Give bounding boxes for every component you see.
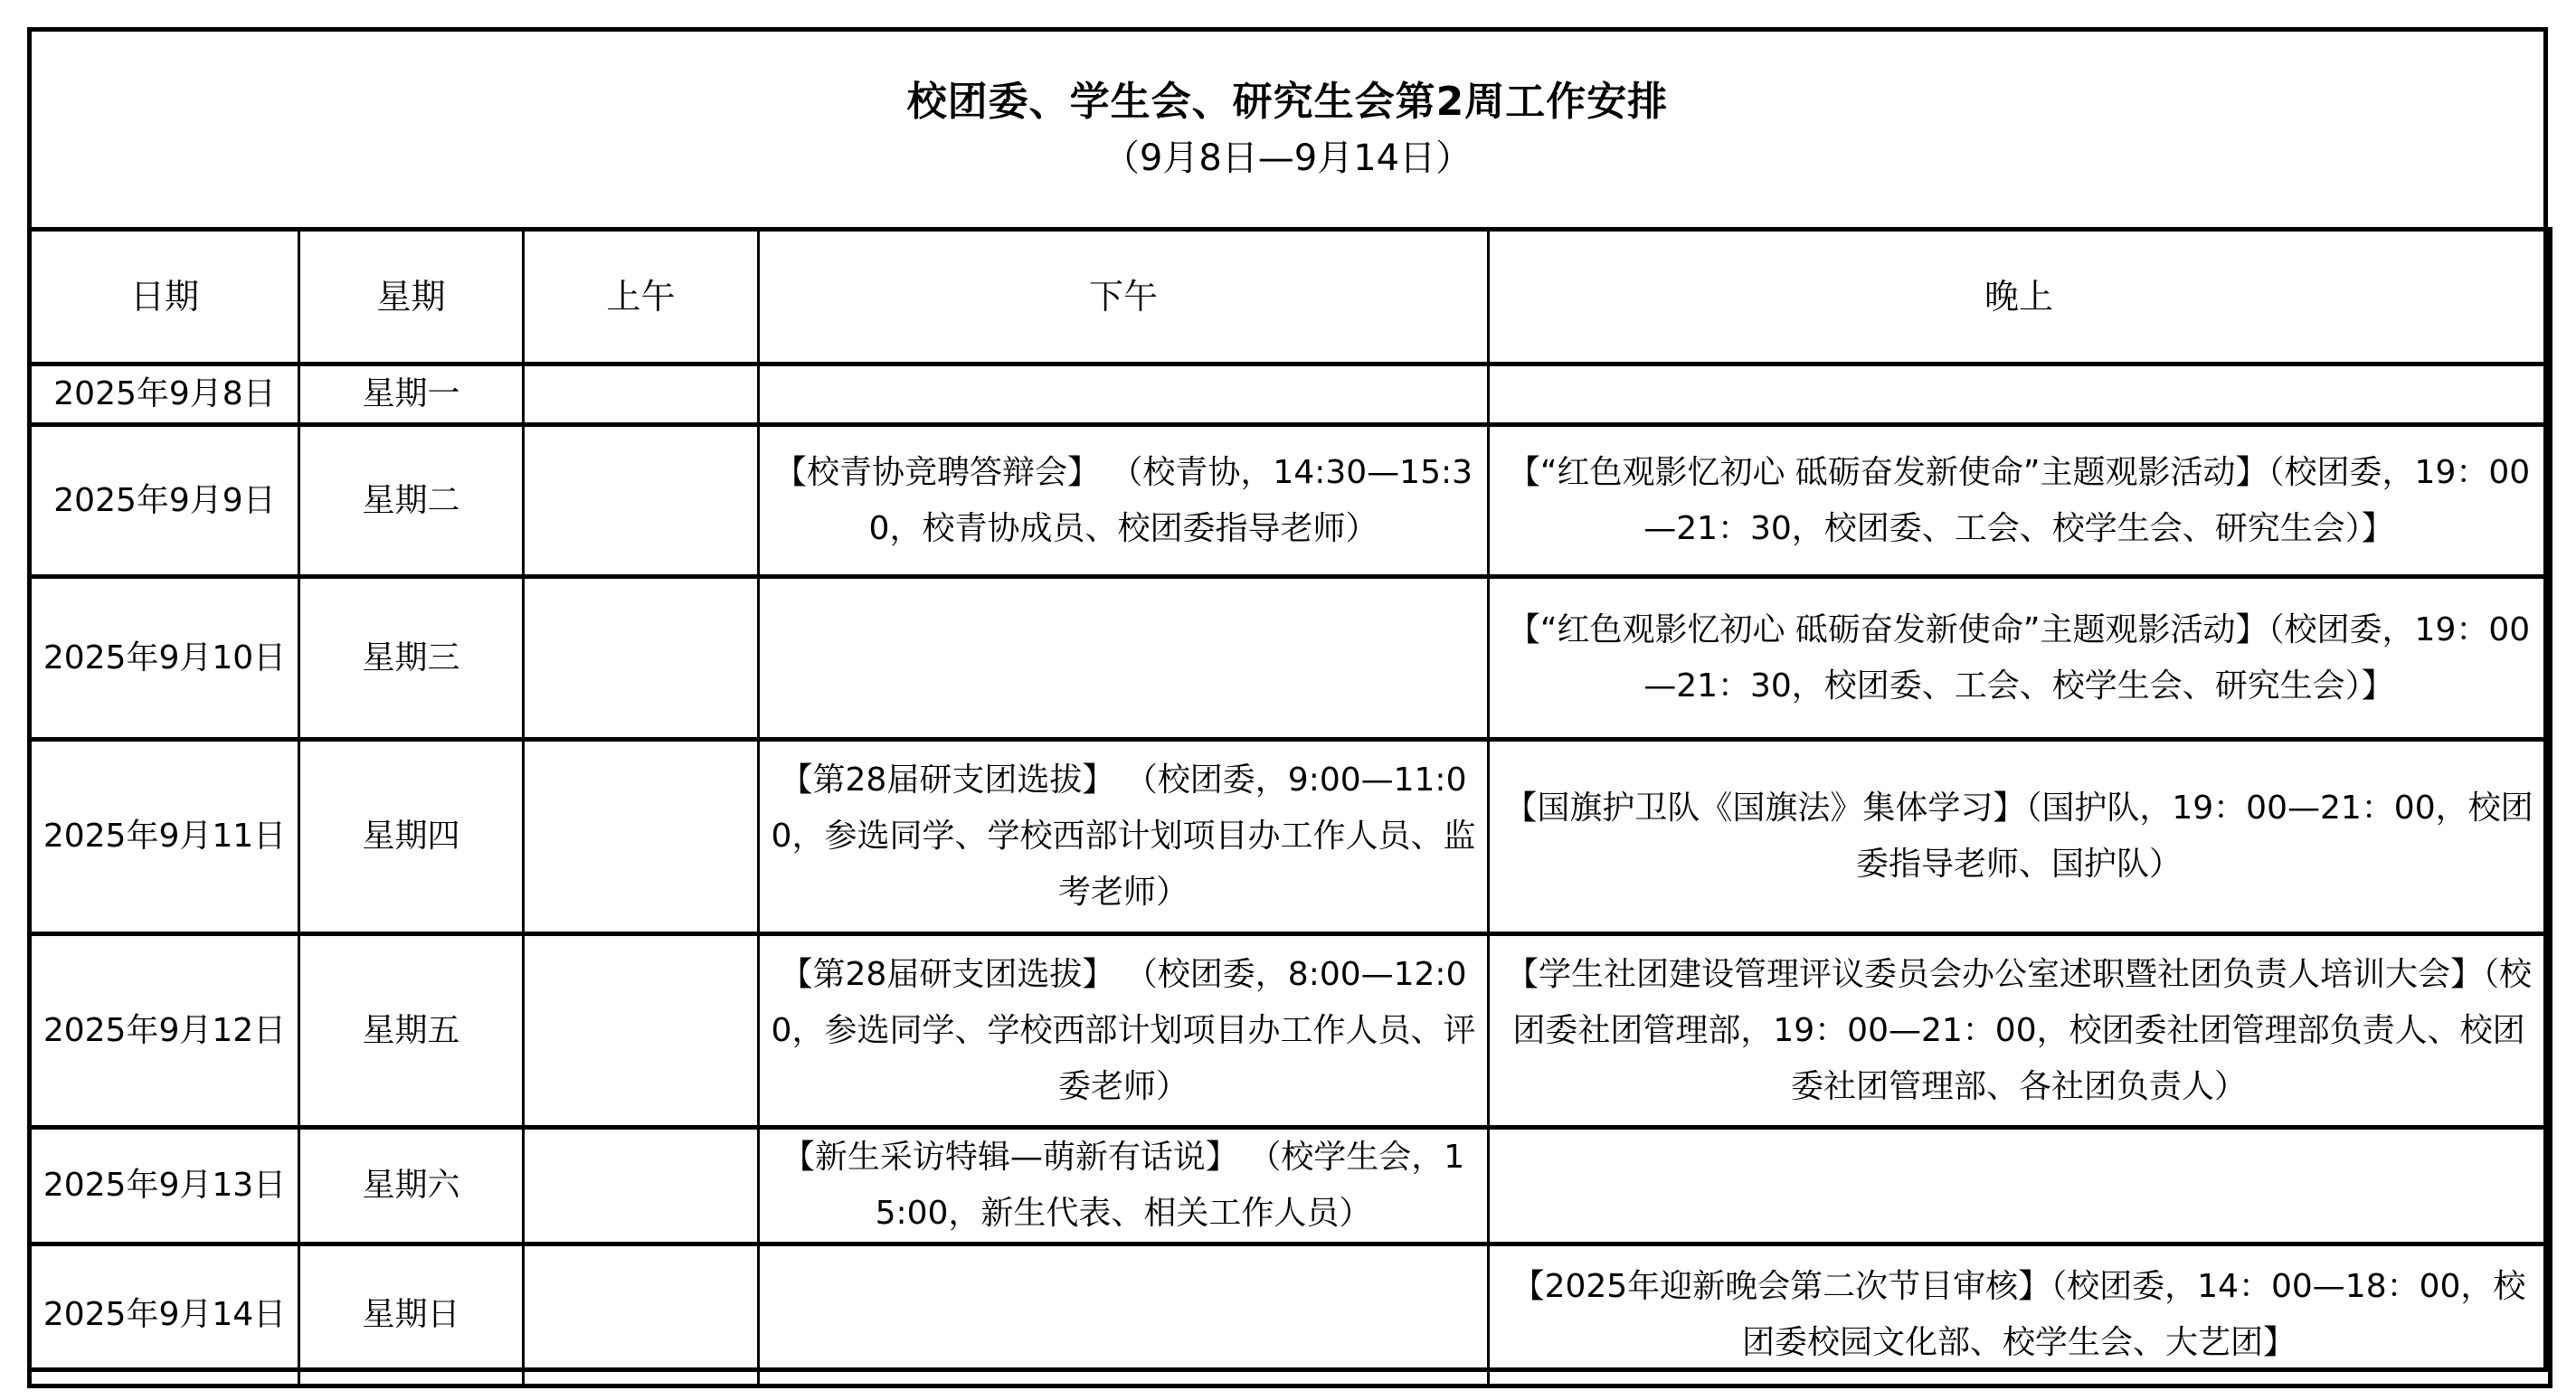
cell-weekday: 星期一	[299, 364, 524, 425]
schedule-sheet: 校团委、学生会、研究生会第2周工作安排 （9月8日—9月14日） 日期 星期 上…	[27, 27, 2548, 1372]
cell-afternoon: 【新生采访特辑—萌新有话说】 （校学生会，15:00，新生代表、相关工作人员）	[759, 1128, 1489, 1244]
schedule-table: 日期 星期 上午 下午 晚上 2025年9月8日 星期一 2025年9月9日 星…	[27, 227, 2552, 1388]
table-row: 2025年9月11日 星期四 【第28届研支团选拔】 （校团委，9:00—11:…	[30, 740, 2551, 934]
cell-weekday: 星期日	[299, 1244, 524, 1386]
cell-morning	[524, 425, 759, 577]
cell-afternoon: 【第28届研支团选拔】 （校团委，8:00—12:00，参选同学、学校西部计划项…	[759, 934, 1489, 1128]
header-morning: 上午	[524, 230, 759, 364]
table-row: 2025年9月10日 星期三 【“红色观影忆初心 砥砺奋发新使命”主题观影活动】…	[30, 577, 2551, 740]
cell-date: 2025年9月10日	[30, 577, 299, 740]
cell-afternoon	[759, 364, 1489, 425]
cell-evening: 【“红色观影忆初心 砥砺奋发新使命”主题观影活动】（校团委，19：00—21：3…	[1489, 577, 2551, 740]
header-weekday: 星期	[299, 230, 524, 364]
cell-evening: 【国旗护卫队《国旗法》集体学习】（国护队，19：00—21：00，校团委指导老师…	[1489, 740, 2551, 934]
cell-morning	[524, 934, 759, 1128]
cell-date: 2025年9月14日	[30, 1244, 299, 1386]
cell-weekday: 星期五	[299, 934, 524, 1128]
cell-morning	[524, 740, 759, 934]
cell-weekday: 星期三	[299, 577, 524, 740]
cell-afternoon: 【校青协竞聘答辩会】 （校青协，14:30—15:30，校青协成员、校团委指导老…	[759, 425, 1489, 577]
header-evening: 晚上	[1489, 230, 2551, 364]
cell-date: 2025年9月11日	[30, 740, 299, 934]
cell-weekday: 星期二	[299, 425, 524, 577]
cell-morning	[524, 1244, 759, 1386]
cell-afternoon	[759, 577, 1489, 740]
table-row: 2025年9月14日 星期日 【2025年迎新晚会第二次节目审核】（校团委，14…	[30, 1244, 2551, 1386]
cell-weekday: 星期四	[299, 740, 524, 934]
cell-weekday: 星期六	[299, 1128, 524, 1244]
cell-morning	[524, 364, 759, 425]
cell-evening	[1489, 364, 2551, 425]
cell-date: 2025年9月12日	[30, 934, 299, 1128]
document-subtitle-date-range: （9月8日—9月14日）	[1103, 131, 1472, 185]
table-row: 2025年9月12日 星期五 【第28届研支团选拔】 （校团委，8:00—12:…	[30, 934, 2551, 1128]
cell-evening: 【学生社团建设管理评议委员会办公室述职暨社团负责人培训大会】（校团委社团管理部，…	[1489, 934, 2551, 1128]
header-afternoon: 下午	[759, 230, 1489, 364]
table-row: 2025年9月13日 星期六 【新生采访特辑—萌新有话说】 （校学生会，15:0…	[30, 1128, 2551, 1244]
table-row: 2025年9月8日 星期一	[30, 364, 2551, 425]
cell-afternoon	[759, 1244, 1489, 1386]
cell-afternoon: 【第28届研支团选拔】 （校团委，9:00—11:00，参选同学、学校西部计划项…	[759, 740, 1489, 934]
cell-morning	[524, 577, 759, 740]
header-row: 日期 星期 上午 下午 晚上	[30, 230, 2551, 364]
document-title: 校团委、学生会、研究生会第2周工作安排	[907, 73, 1669, 131]
header-date: 日期	[30, 230, 299, 364]
cell-evening: 【2025年迎新晚会第二次节目审核】（校团委，14：00—18：00，校团委校园…	[1489, 1244, 2551, 1386]
cell-date: 2025年9月13日	[30, 1128, 299, 1244]
cell-date: 2025年9月9日	[30, 425, 299, 577]
cell-morning	[524, 1128, 759, 1244]
cell-date: 2025年9月8日	[30, 364, 299, 425]
cell-evening	[1489, 1128, 2551, 1244]
cell-evening: 【“红色观影忆初心 砥砺奋发新使命”主题观影活动】（校团委，19：00—21：3…	[1489, 425, 2551, 577]
table-row: 2025年9月9日 星期二 【校青协竞聘答辩会】 （校青协，14:30—15:3…	[30, 425, 2551, 577]
title-block: 校团委、学生会、研究生会第2周工作安排 （9月8日—9月14日）	[32, 32, 2543, 227]
